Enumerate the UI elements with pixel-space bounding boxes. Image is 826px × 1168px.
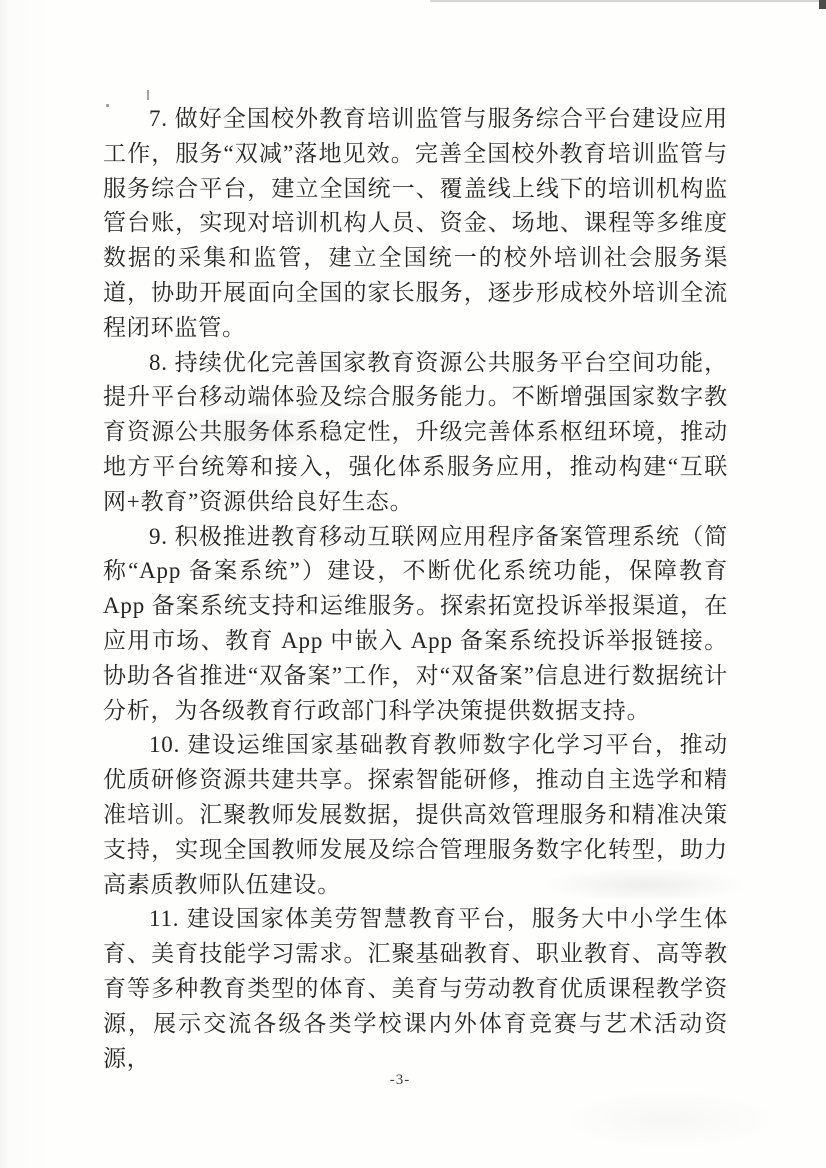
scan-edge-artifact <box>430 0 826 2</box>
scan-speck <box>434 296 436 303</box>
scan-corner-artifact <box>819 0 826 9</box>
page-number: -3- <box>350 1072 450 1089</box>
paragraph-item-11: 11. 建设国家体美劳智慧教育平台，服务大中小学生体育、美育技能学习需求。汇聚基… <box>103 902 728 1076</box>
paragraph-item-9: 9. 积极推进教育移动互联网应用程序备案管理系统（简称“App 备案系统”）建设… <box>103 520 728 729</box>
document-body: 7. 做好全国校外教育培训监管与服务综合平台建设应用工作，服务“双减”落地见效。… <box>103 102 728 1076</box>
scan-speck <box>147 90 149 100</box>
paragraph-item-10: 10. 建设运维国家基础教育教师数字化学习平台，推动优质研修资源共建共享。探索智… <box>103 728 728 902</box>
paragraph-item-8: 8. 持续优化完善国家教育资源公共服务平台空间功能，提升平台移动端体验及综合服务… <box>103 346 728 520</box>
scanned-document-page: 7. 做好全国校外教育培训监管与服务综合平台建设应用工作，服务“双减”落地见效。… <box>0 0 826 1168</box>
scan-smudge <box>560 1090 780 1150</box>
paragraph-item-7: 7. 做好全国校外教育培训监管与服务综合平台建设应用工作，服务“双减”落地见效。… <box>103 102 728 346</box>
scan-speck <box>106 104 109 107</box>
